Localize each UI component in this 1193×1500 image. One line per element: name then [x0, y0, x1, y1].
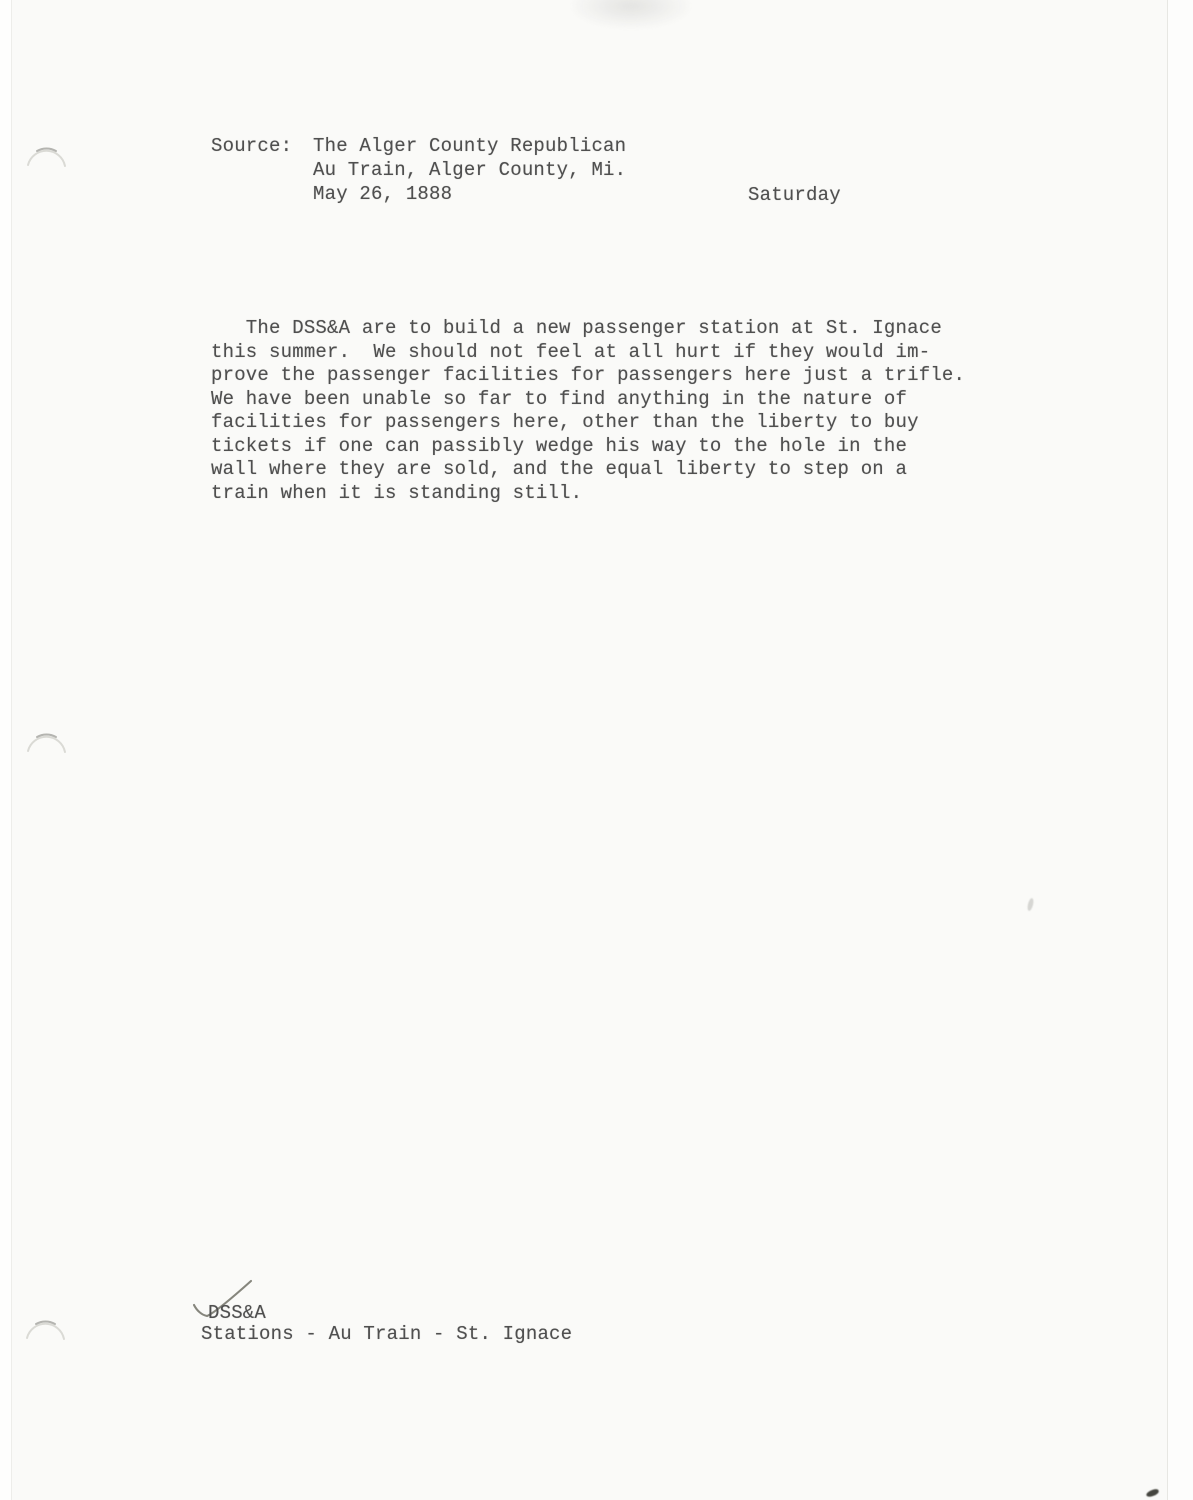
index-categories: Stations - Au Train - St. Ignace [201, 1322, 572, 1346]
punch-hole-arc [25, 728, 69, 758]
source-date: May 26, 1888 [313, 183, 452, 205]
source-weekday: Saturday [748, 183, 841, 207]
scan-edge-right [1167, 0, 1193, 1500]
scanned-page: Source: The Alger County Republican Au T… [0, 0, 1193, 1500]
source-details: The Alger County Republican Au Train, Al… [313, 134, 626, 206]
scan-smudge [572, 0, 690, 28]
scan-edge-left [0, 0, 12, 1500]
punch-hole-arc [24, 1315, 68, 1345]
punch-hole-arc [25, 142, 69, 172]
source-label: Source: [211, 134, 292, 158]
scan-speck [1145, 1488, 1159, 1498]
source-location: Au Train, Alger County, Mi. [313, 159, 626, 181]
source-publication: The Alger County Republican [313, 135, 626, 157]
article-paragraph: The DSS&A are to build a new passenger s… [211, 317, 965, 505]
scan-speck [1027, 898, 1035, 912]
